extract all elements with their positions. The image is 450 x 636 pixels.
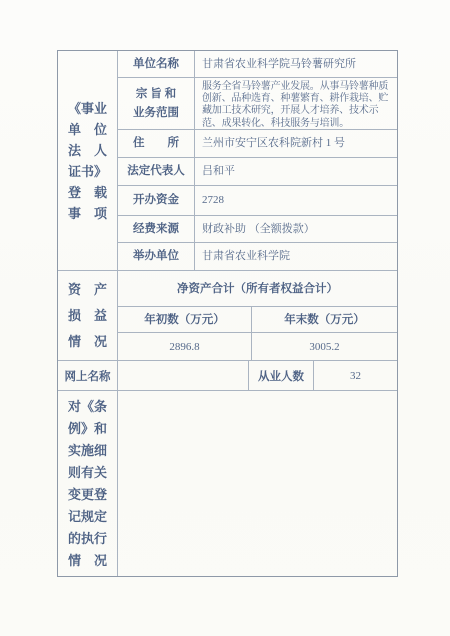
net-assets-header-row: 净资产合计（所有者权益合计） xyxy=(118,271,397,306)
side-label-line: 记规定 xyxy=(68,506,107,528)
field-label: 法定代表人 xyxy=(118,158,195,185)
field-value-legal-representative: 吕和平 xyxy=(195,158,397,185)
field-value-purpose-scope: 服务全省马铃薯产业发展。从事马铃薯种质创新、品种选育、种薯繁育、耕作栽培、贮藏加… xyxy=(195,78,397,129)
side-label-line: 情 况 xyxy=(68,550,107,572)
staff-count-value: 32 xyxy=(314,361,397,390)
assets-section: 资 产 损 益 情 况 净资产合计（所有者权益合计） 年初数（万元） 年末数（万… xyxy=(58,270,397,360)
online-name-row: 网上名称 从业人数 32 xyxy=(58,360,397,390)
online-name-label: 网上名称 xyxy=(58,361,118,390)
field-label: 宗 旨 和 业务范围 xyxy=(118,78,195,129)
field-value-sponsor-unit: 甘肃省农业科学院 xyxy=(195,243,397,270)
field-label: 举办单位 xyxy=(118,243,195,270)
certificate-items-section: 《事业 单 位 法 人 证书》 登 载 事 项 单位名称 甘肃省农业科学院马铃薯… xyxy=(58,51,397,270)
assets-side-label: 资 产 损 益 情 况 xyxy=(58,271,118,360)
field-label: 开办资金 xyxy=(118,186,195,215)
side-label-line: 证书》 xyxy=(68,161,107,182)
side-label-line: 登 载 xyxy=(68,182,107,203)
online-name-value xyxy=(118,361,249,390)
assets-grid: 净资产合计（所有者权益合计） 年初数（万元） 年末数（万元） 2896.8 30… xyxy=(118,271,397,360)
field-row-legal-representative: 法定代表人 吕和平 xyxy=(118,157,397,185)
field-value-address: 兰州市安宁区农科院新村 1 号 xyxy=(195,130,397,157)
field-value-funding-source: 财政补助 （全额拨款） xyxy=(195,216,397,242)
field-row-unit-name: 单位名称 甘肃省农业科学院马铃薯研究所 xyxy=(118,51,397,77)
field-row-sponsor-unit: 举办单位 甘肃省农业科学院 xyxy=(118,242,397,270)
compliance-section: 对《条 例》和 实施细 则有关 变更登 记规定 的执行 情 况 xyxy=(58,390,397,576)
side-label-line: 资 产 xyxy=(68,277,107,303)
side-label-line: 变更登 xyxy=(68,484,107,506)
side-label-line: 单 位 xyxy=(68,119,107,140)
net-assets-header: 净资产合计（所有者权益合计） xyxy=(118,271,397,306)
field-row-address: 住 所 兰州市安宁区农科院新村 1 号 xyxy=(118,129,397,157)
field-row-purpose-scope: 宗 旨 和 业务范围 服务全省马铃薯产业发展。从事马铃薯种质创新、品种选育、种薯… xyxy=(118,77,397,129)
side-label-line: 《事业 xyxy=(68,98,107,119)
side-label-line: 的执行 xyxy=(68,528,107,550)
side-label-line: 则有关 xyxy=(68,462,107,484)
field-value-unit-name: 甘肃省农业科学院马铃薯研究所 xyxy=(195,51,397,77)
compliance-content xyxy=(118,391,397,576)
field-label: 住 所 xyxy=(118,130,195,157)
field-value-opening-fund: 2728 xyxy=(195,186,397,215)
year-start-header: 年初数（万元） xyxy=(118,307,252,333)
scanned-form-page: 《事业 单 位 法 人 证书》 登 载 事 项 单位名称 甘肃省农业科学院马铃薯… xyxy=(0,0,450,636)
field-label-line: 业务范围 xyxy=(133,104,179,123)
registration-form-table: 《事业 单 位 法 人 证书》 登 载 事 项 单位名称 甘肃省农业科学院马铃薯… xyxy=(57,50,398,577)
assets-values-row: 2896.8 3005.2 xyxy=(118,332,397,360)
field-label: 经费来源 xyxy=(118,216,195,242)
staff-count-label: 从业人数 xyxy=(249,361,314,390)
certificate-side-label: 《事业 单 位 法 人 证书》 登 载 事 项 xyxy=(58,51,118,270)
field-row-funding-source: 经费来源 财政补助 （全额拨款） xyxy=(118,215,397,242)
assets-column-header-row: 年初数（万元） 年末数（万元） xyxy=(118,306,397,333)
side-label-line: 损 益 xyxy=(68,303,107,329)
year-start-value: 2896.8 xyxy=(118,333,252,360)
side-label-line: 对《条 xyxy=(68,396,107,418)
year-end-header: 年末数（万元） xyxy=(252,307,397,333)
field-row-opening-fund: 开办资金 2728 xyxy=(118,185,397,215)
side-label-line: 法 人 xyxy=(68,140,107,161)
side-label-line: 实施细 xyxy=(68,440,107,462)
year-end-value: 3005.2 xyxy=(252,333,397,360)
side-label-line: 例》和 xyxy=(68,418,107,440)
certificate-rows: 单位名称 甘肃省农业科学院马铃薯研究所 宗 旨 和 业务范围 服务全省马铃薯产业… xyxy=(118,51,397,270)
compliance-side-label: 对《条 例》和 实施细 则有关 变更登 记规定 的执行 情 况 xyxy=(58,391,118,576)
field-label-line: 宗 旨 和 xyxy=(136,85,176,104)
field-label: 单位名称 xyxy=(118,51,195,77)
side-label-line: 情 况 xyxy=(68,329,107,355)
side-label-line: 事 项 xyxy=(68,203,107,224)
